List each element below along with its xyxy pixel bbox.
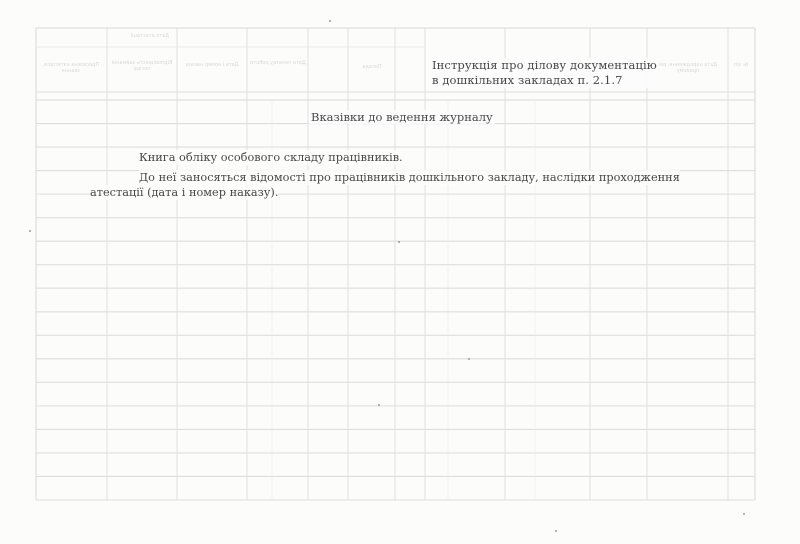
scan-speck	[555, 530, 557, 532]
bleed-header-3: Дата і номер наказу	[180, 62, 244, 68]
scan-speck	[468, 358, 470, 360]
scan-speck	[378, 404, 380, 406]
bleed-header-1: Присвоєна категорія, звання	[40, 62, 102, 74]
scan-speck	[398, 241, 400, 243]
paragraph-description-continued: атестації (дата і номер наказу).	[90, 185, 278, 200]
bleed-header-5: Посада	[352, 64, 392, 70]
paragraph-book-title: Книга обліку особового складу працівникі…	[139, 150, 403, 165]
section-heading: Вказівки до ведення журналу	[309, 110, 495, 124]
bleed-header-2: Відповідність займаній посаді	[110, 60, 174, 72]
bleed-header-4: Дата початку роботи	[250, 60, 306, 66]
instruction-reference-line-1: Інструкція про ділову документацію	[432, 58, 657, 73]
instruction-reference: Інструкція про ділову документацію в дош…	[432, 58, 657, 88]
bleed-header-7: № з/п	[730, 62, 752, 68]
bleed-header-6: Дата народження, рік прийому	[650, 62, 726, 74]
instruction-reference-line-2: в дошкільних закладах п. 2.1.7	[432, 73, 657, 88]
scan-speck	[329, 20, 331, 22]
scanned-page: Присвоєна категорія, звання Відповідніст…	[0, 0, 800, 544]
paragraph-description: До неї заносяться відомості про працівни…	[139, 170, 680, 185]
scan-speck	[743, 513, 745, 515]
bleed-through-table-grid	[0, 0, 800, 544]
scan-speck	[29, 230, 31, 232]
bleed-header-group: Дата атестації	[110, 33, 190, 39]
